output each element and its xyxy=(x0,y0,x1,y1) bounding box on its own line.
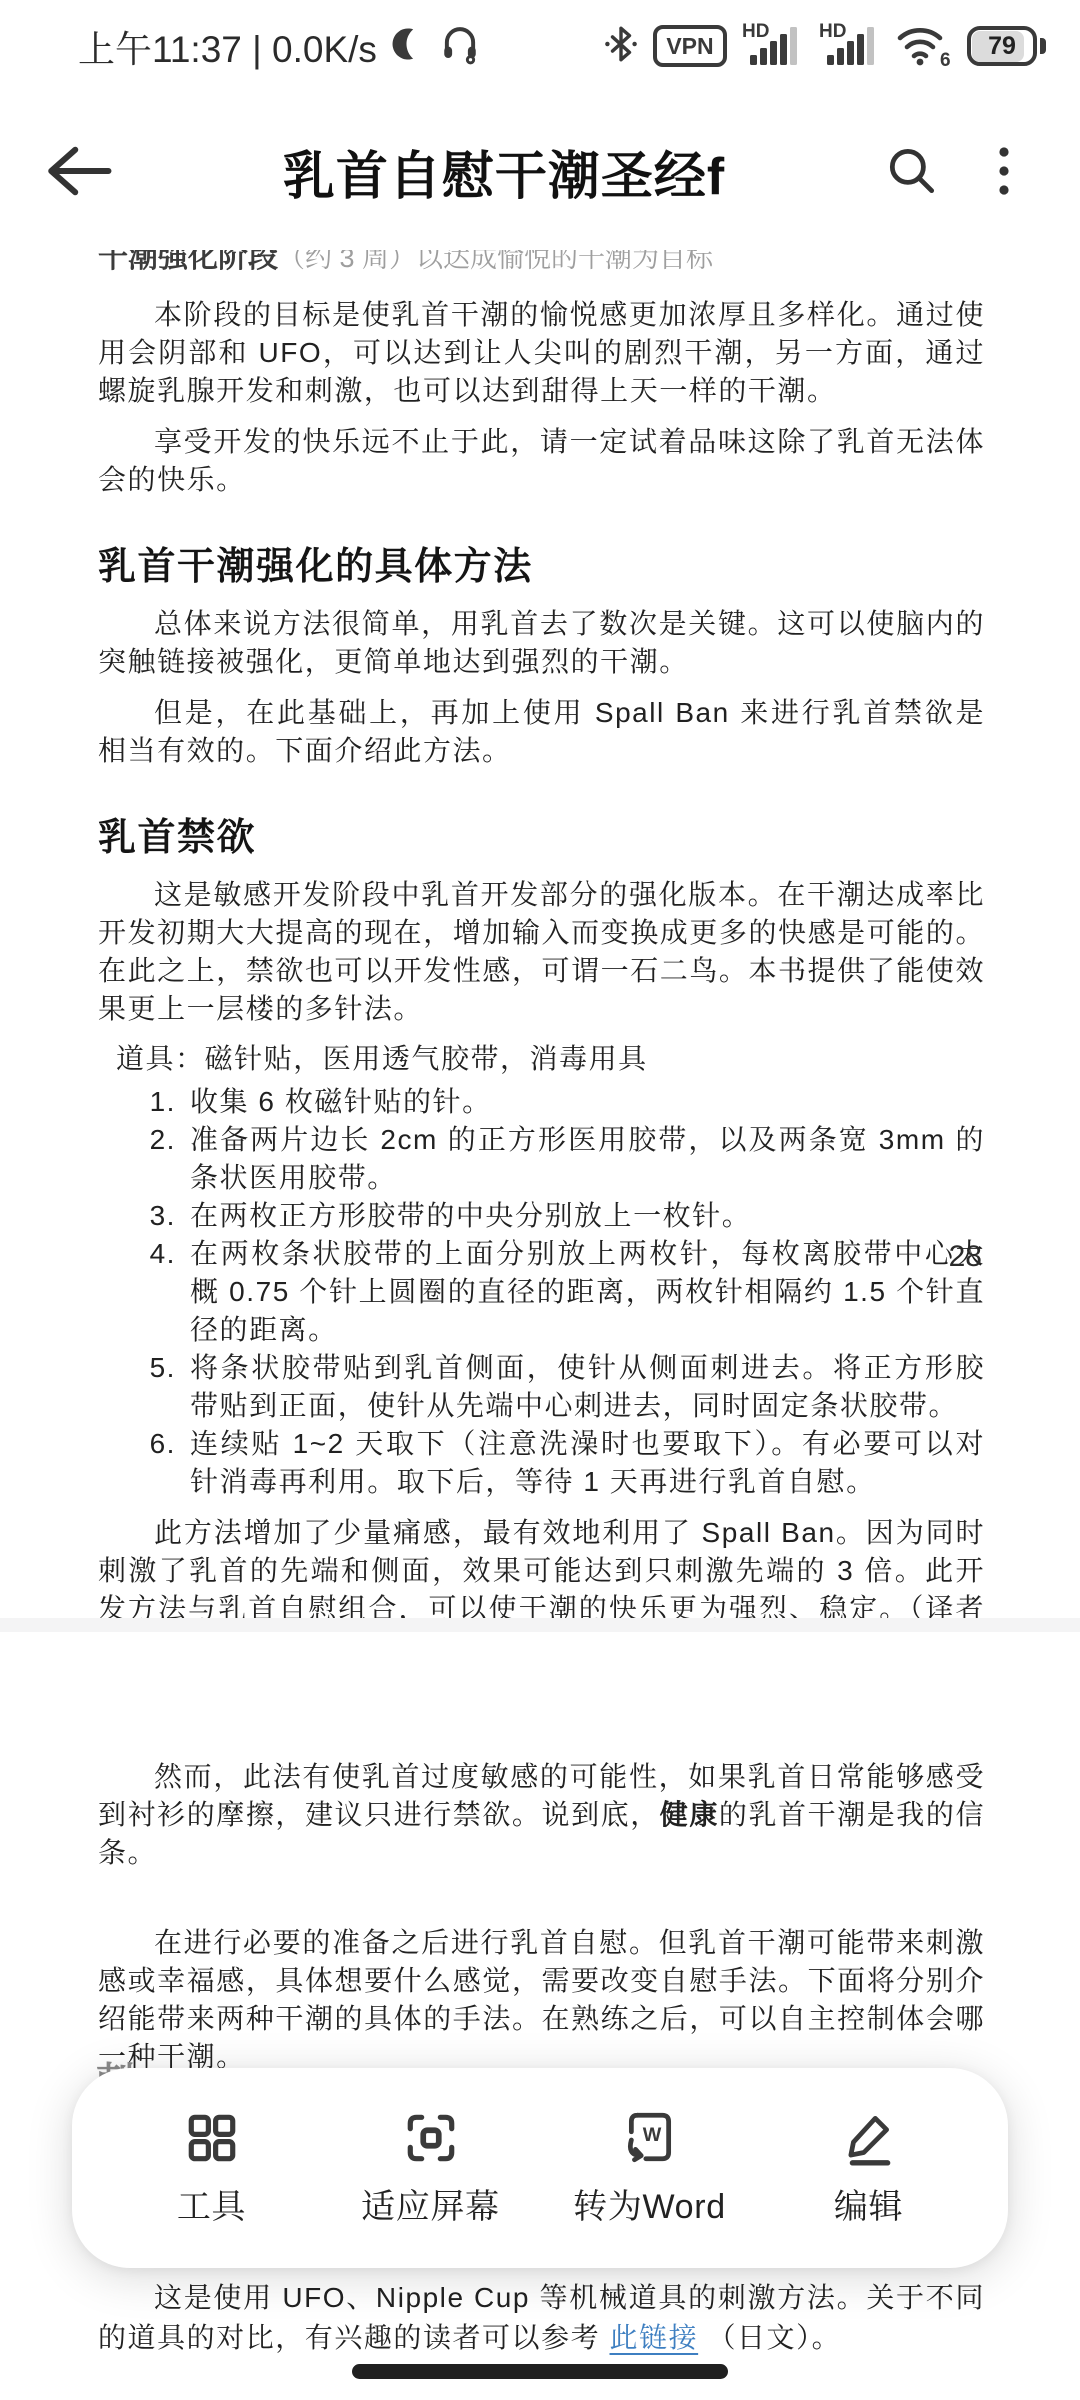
edit-pencil-icon xyxy=(840,2109,898,2167)
list-item: 2. 准备两片边长 2cm 的正方形医用胶带，以及两条宽 3mm 的条状医用胶带… xyxy=(98,1121,985,1197)
toolbar-label: 工具 xyxy=(177,2179,246,2228)
paragraph: 享受开发的快乐远不止于此，请一定试着品味这除了乳首无法体会的快乐。 xyxy=(98,423,985,499)
back-button[interactable] xyxy=(42,121,152,221)
toolbar-item-convert-word[interactable]: W 转为Word xyxy=(555,2109,745,2228)
moon-icon xyxy=(389,25,427,68)
tools-grid-icon xyxy=(183,2109,241,2167)
list-item-text: 准备两片边长 2cm 的正方形医用胶带，以及两条宽 3mm 的条状医用胶带。 xyxy=(190,1121,985,1197)
paragraph: 然而，此法有使乳首过度敏感的可能性，如果乳首日常能够感受到衬衫的摩擦，建议只进行… xyxy=(98,1758,985,1872)
section-heading: 乳首干潮强化的具体方法 xyxy=(98,541,985,593)
section-heading: 乳首禁欲 xyxy=(98,812,985,864)
app-bar: 乳首自慰干潮圣经f xyxy=(0,92,1080,250)
paragraph-text: （日文）。 xyxy=(698,2322,841,2353)
hyperlink[interactable]: 此链接 xyxy=(610,2322,699,2353)
document-page-1[interactable]: 干潮强化阶段（约 3 周）以达成愉悦的干潮为目标 本阶段的目标是使乳首干潮的愉悦… xyxy=(0,250,1080,1618)
search-button[interactable] xyxy=(866,121,958,221)
tools-list-line: 道具：磁针贴，医用透气胶带，消毒用具 xyxy=(98,1040,985,1078)
bold-word: 健康 xyxy=(660,1799,719,1830)
paragraph: 本阶段的目标是使乳首干潮的愉悦感更加浓厚且多样化。通过使用会阴部和 UFO，可以… xyxy=(98,296,985,410)
paragraph-text: 这是使用 UFO、Nipple Cup 等机械道具的刺激方法。关于不同的道具的对… xyxy=(98,2282,985,2353)
list-item: 3. 在两枚正方形胶带的中央分别放上一枚针。 xyxy=(98,1197,985,1235)
kebab-menu-icon xyxy=(996,142,1012,200)
list-item-number: 3. xyxy=(126,1197,176,1235)
list-item: 6. 连续贴 1~2 天取下（注意洗澡时也要取下）。有必要可以对针消毒再利用。取… xyxy=(98,1425,985,1501)
bluetooth-icon xyxy=(604,23,638,70)
headset-icon xyxy=(439,23,481,70)
clipped-heading-rest: （约 3 周）以达成愉悦的干潮为目标 xyxy=(278,250,713,273)
list-item: 1. 收集 6 枚磁针贴的针。 xyxy=(98,1083,985,1121)
signal-icon: HD xyxy=(742,21,804,72)
list-item: 4. 在两枚条状胶带的上面分别放上两枚针，每枚离胶带中心大概 0.75 个针上圆… xyxy=(98,1235,985,1349)
vpn-badge: VPN xyxy=(653,25,727,67)
paragraph: 但是，在此基础上，再加上使用 Spall Ban 来进行乳首禁欲是相当有效的。下… xyxy=(98,694,985,770)
floating-toolbar: 工具 适应屏幕 W 转为Word 编辑 xyxy=(72,2068,1008,2268)
list-item-number: 1. xyxy=(126,1083,176,1121)
convert-to-word-icon: W xyxy=(621,2109,679,2167)
page-number: 28 xyxy=(949,1240,982,1274)
list-item-number: 2. xyxy=(126,1121,176,1197)
svg-text:W: W xyxy=(642,2124,661,2146)
toolbar-item-tools[interactable]: 工具 xyxy=(117,2109,307,2228)
search-icon xyxy=(883,142,941,200)
toolbar-label: 转为Word xyxy=(573,2179,726,2228)
home-gesture-bar[interactable] xyxy=(352,2364,728,2379)
numbered-list: 1. 收集 6 枚磁针贴的针。 2. 准备两片边长 2cm 的正方形医用胶带，以… xyxy=(98,1083,985,1501)
paragraph: 在进行必要的准备之后进行乳首自慰。但乳首干潮可能带来刺激感或幸福感，具体想要什么… xyxy=(98,1924,985,2076)
page-gap-divider xyxy=(0,1618,1080,1632)
paragraph: 这是使用 UFO、Nipple Cup 等机械道具的刺激方法。关于不同的道具的对… xyxy=(98,2278,985,2358)
fit-screen-icon xyxy=(402,2109,460,2167)
list-item-number: 4. xyxy=(126,1235,176,1349)
battery-icon: 79 xyxy=(967,26,1046,66)
status-bar: 上午11:37 | 0.0K/s VPN HD xyxy=(0,0,1080,92)
list-item-text: 在两枚条状胶带的上面分别放上两枚针，每枚离胶带中心大概 0.75 个针上圆圈的直… xyxy=(190,1235,985,1349)
list-item-text: 在两枚正方形胶带的中央分别放上一枚针。 xyxy=(190,1197,985,1235)
list-item-text: 收集 6 枚磁针贴的针。 xyxy=(190,1083,985,1121)
list-item-text: 连续贴 1~2 天取下（注意洗澡时也要取下）。有必要可以对针消毒再利用。取下后，… xyxy=(190,1425,985,1501)
list-item-text: 将条状胶带贴到乳首侧面，使针从侧面刺进去。将正方形胶带贴到正面，使针从先端中心刺… xyxy=(190,1349,985,1425)
overflow-menu-button[interactable] xyxy=(958,121,1050,221)
list-item-number: 5. xyxy=(126,1349,176,1425)
back-arrow-icon xyxy=(42,142,114,200)
clipped-heading-bold: 干潮强化阶段 xyxy=(98,250,278,274)
toolbar-label: 适应屏幕 xyxy=(361,2179,500,2228)
clipped-heading-line: 干潮强化阶段（约 3 周）以达成愉悦的干潮为目标 xyxy=(98,250,985,283)
status-time-netspeed: 上午11:37 | 0.0K/s xyxy=(78,19,377,73)
wifi-icon: 6 xyxy=(896,21,952,72)
wifi6-label: 6 xyxy=(940,50,951,67)
list-item-number: 6. xyxy=(126,1425,176,1501)
document-title: 乳首自慰干潮圣经f xyxy=(152,134,866,209)
signal-icon: HD xyxy=(819,21,881,72)
list-item: 5. 将条状胶带贴到乳首侧面，使针从侧面刺进去。将正方形胶带贴到正面，使针从先端… xyxy=(98,1349,985,1425)
paragraph: 这是敏感开发阶段中乳首开发部分的强化版本。在干潮达成率比开发初期大大提高的现在，… xyxy=(98,876,985,1028)
paragraph: 总体来说方法很简单，用乳首去了数次是关键。这可以使脑内的突触链接被强化，更简单地… xyxy=(98,605,985,681)
toolbar-item-fit-screen[interactable]: 适应屏幕 xyxy=(336,2109,526,2228)
toolbar-label: 编辑 xyxy=(834,2179,903,2228)
hd-label: HD xyxy=(742,21,769,42)
battery-percent: 79 xyxy=(988,32,1016,61)
hd-label: HD xyxy=(819,21,846,42)
toolbar-item-edit[interactable]: 编辑 xyxy=(774,2109,964,2228)
